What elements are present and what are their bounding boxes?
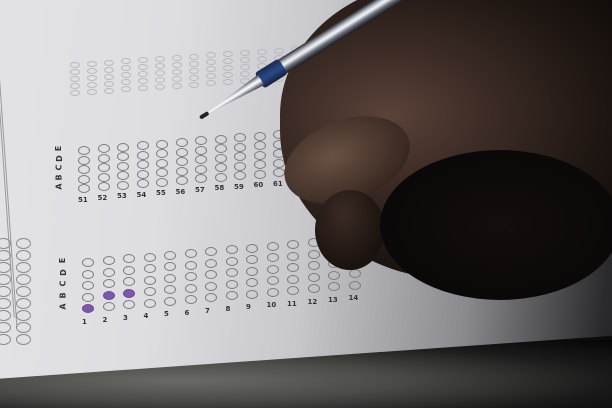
option-label: E [58, 258, 67, 263]
answer-bubble [82, 270, 94, 279]
option-label: B [55, 174, 64, 180]
answer-bubble [155, 77, 165, 83]
answer-bubble [176, 148, 188, 157]
answer-bubble [176, 167, 188, 176]
answer-bubble [87, 82, 97, 88]
answer-bubble [104, 74, 114, 80]
answer-bubble [117, 181, 129, 190]
answer-bubble [82, 258, 94, 267]
answer-bubble [287, 263, 299, 272]
answer-bubble [267, 253, 279, 262]
answer-bubble [308, 284, 320, 293]
answer-bubble [246, 267, 258, 276]
answer-bubble [155, 63, 165, 69]
answer-bubble [70, 90, 80, 96]
option-label: E [54, 146, 63, 151]
answer-bubble [254, 160, 266, 169]
answer-bubble [185, 272, 197, 281]
answer-bubble [240, 57, 250, 63]
answer-bubble [254, 170, 266, 179]
answer-bubble [328, 271, 340, 280]
option-label: C [58, 281, 67, 287]
answer-bubble [164, 251, 176, 260]
answer-bubble [156, 140, 168, 149]
photo-scene: ABCDE5152535455565758596061 ABCDE1234567… [0, 0, 612, 408]
option-label: A [55, 183, 64, 189]
answer-bubble [137, 141, 149, 150]
question-number: 3 [123, 314, 128, 322]
index-finger [315, 190, 385, 270]
question-number: 56 [176, 188, 186, 196]
question-number: 57 [195, 186, 205, 194]
side-bubble [16, 262, 31, 273]
answer-bubble [215, 173, 227, 182]
answer-bubble [308, 250, 320, 259]
answer-bubble [267, 242, 279, 251]
question-number: 9 [246, 303, 251, 311]
answer-bubble [205, 282, 217, 291]
answer-bubble [144, 264, 156, 273]
answer-bubble [144, 287, 156, 296]
answer-bubble [195, 146, 207, 155]
answer-bubble [70, 62, 80, 68]
answer-bubble [98, 163, 110, 172]
answer-bubble [287, 240, 299, 249]
side-bubble [16, 298, 31, 309]
answer-bubble [176, 138, 188, 147]
question-number: 61 [273, 180, 283, 188]
answer-bubble [123, 266, 135, 275]
answer-bubble [78, 175, 90, 184]
option-label: C [54, 165, 63, 171]
answer-bubble [267, 265, 279, 274]
pen-tip [199, 111, 210, 120]
question-number: 54 [137, 191, 147, 199]
answer-bubble [70, 69, 80, 75]
option-label: D [55, 155, 64, 162]
answer-bubble [70, 83, 80, 89]
side-bubble [16, 322, 31, 333]
answer-bubble [82, 281, 94, 290]
side-bubble [16, 310, 31, 321]
answer-bubble [215, 163, 227, 172]
answer-bubble [156, 178, 168, 187]
answer-bubble [215, 154, 227, 163]
answer-bubble [117, 143, 129, 152]
answer-bubble [189, 75, 199, 81]
answer-bubble [137, 170, 149, 179]
answer-bubble [254, 151, 266, 160]
question-number: 14 [349, 294, 359, 302]
question-number: 8 [226, 305, 231, 313]
answer-bubble [254, 132, 266, 141]
answer-bubble [287, 275, 299, 284]
answer-bubble [172, 62, 182, 68]
side-bubble [16, 238, 31, 249]
question-number: 59 [234, 183, 244, 191]
option-label: D [59, 269, 68, 276]
answer-bubble [267, 276, 279, 285]
answer-bubble [117, 162, 129, 171]
answer-bubble [87, 89, 97, 95]
answer-bubble [287, 286, 299, 295]
question-number: 52 [98, 194, 108, 202]
question-number: 58 [215, 184, 225, 192]
answer-bubble [156, 159, 168, 168]
answer-bubble [287, 252, 299, 261]
answer-bubble [137, 179, 149, 188]
answer-bubble [257, 49, 267, 55]
question-number: 4 [144, 312, 149, 320]
answer-bubble [226, 257, 238, 266]
question-number: 7 [205, 307, 210, 315]
question-number: 55 [156, 189, 166, 197]
question-number: 11 [287, 300, 297, 308]
answer-bubble [274, 48, 284, 54]
answer-bubble [189, 82, 199, 88]
answer-bubble [172, 69, 182, 75]
answer-bubble [349, 281, 361, 290]
answer-bubble [226, 268, 238, 277]
answer-bubble [189, 54, 199, 60]
answer-bubble [185, 249, 197, 258]
question-number: 10 [267, 301, 277, 309]
palm-shadow [380, 150, 612, 300]
answer-bubble [87, 68, 97, 74]
option-label: B [59, 292, 68, 298]
answer-bubble [234, 143, 246, 152]
answer-bubble [205, 259, 217, 268]
answer-bubble [78, 184, 90, 193]
answer-bubble [254, 141, 266, 150]
answer-bubble [189, 61, 199, 67]
answer-bubble [103, 268, 115, 277]
answer-bubble [104, 88, 114, 94]
answer-bubble [155, 70, 165, 76]
answer-bubble [103, 302, 115, 311]
answer-bubble [78, 165, 90, 174]
answer-bubble [78, 146, 90, 155]
filled-bubble [82, 304, 94, 313]
question-number: 51 [78, 196, 88, 204]
answer-bubble [78, 156, 90, 165]
question-number: 1 [82, 318, 87, 326]
question-number: 6 [185, 309, 190, 317]
answer-bubble [82, 293, 94, 302]
answer-bubble [98, 173, 110, 182]
question-number: 5 [164, 310, 169, 318]
answer-bubble [215, 144, 227, 153]
answer-bubble [267, 288, 279, 297]
answer-bubble [257, 56, 267, 62]
answer-bubble [185, 295, 197, 304]
answer-bubble [172, 83, 182, 89]
answer-bubble [189, 68, 199, 74]
answer-bubble [144, 299, 156, 308]
answer-bubble [172, 55, 182, 61]
answer-bubble [176, 157, 188, 166]
answer-bubble [103, 279, 115, 288]
question-number: 13 [328, 296, 338, 304]
answer-bubble [98, 144, 110, 153]
question-number: 60 [254, 181, 264, 189]
answer-bubble [185, 284, 197, 293]
option-label: A [59, 303, 68, 309]
filled-bubble [103, 291, 115, 300]
answer-bubble [226, 291, 238, 300]
answer-bubble [349, 269, 361, 278]
answer-bubble [164, 274, 176, 283]
answer-bubble [103, 256, 115, 265]
answer-bubble [215, 135, 227, 144]
filled-bubble [123, 289, 135, 298]
answer-bubble [176, 176, 188, 185]
answer-bubble [308, 273, 320, 282]
answer-bubble [104, 60, 114, 66]
answer-bubble [137, 151, 149, 160]
answer-bubble [104, 67, 114, 73]
side-bubble [16, 334, 31, 345]
question-number: 53 [117, 192, 127, 200]
answer-bubble [234, 162, 246, 171]
side-bubble [16, 250, 31, 261]
answer-bubble [240, 50, 250, 56]
answer-bubble [137, 160, 149, 169]
answer-bubble [185, 261, 197, 270]
answer-bubble [240, 64, 250, 70]
question-number: 2 [103, 316, 108, 324]
answer-bubble [70, 76, 80, 82]
answer-bubble [98, 182, 110, 191]
answer-bubble [246, 244, 258, 253]
answer-bubble [164, 297, 176, 306]
answer-bubble [226, 245, 238, 254]
answer-bubble [155, 84, 165, 90]
question-number: 12 [308, 298, 318, 306]
answer-bubble [144, 253, 156, 262]
side-bubble [16, 286, 31, 297]
answer-bubble [240, 71, 250, 77]
answer-bubble [87, 75, 97, 81]
answer-bubble [172, 76, 182, 82]
side-bubble [16, 274, 31, 285]
answer-bubble [87, 61, 97, 67]
answer-bubble [144, 276, 156, 285]
answer-bubble [226, 280, 238, 289]
answer-bubble [155, 56, 165, 62]
answer-bubble [308, 261, 320, 270]
answer-bubble [246, 290, 258, 299]
answer-bubble [104, 81, 114, 87]
answer-bubble [98, 154, 110, 163]
answer-bubble [195, 165, 207, 174]
